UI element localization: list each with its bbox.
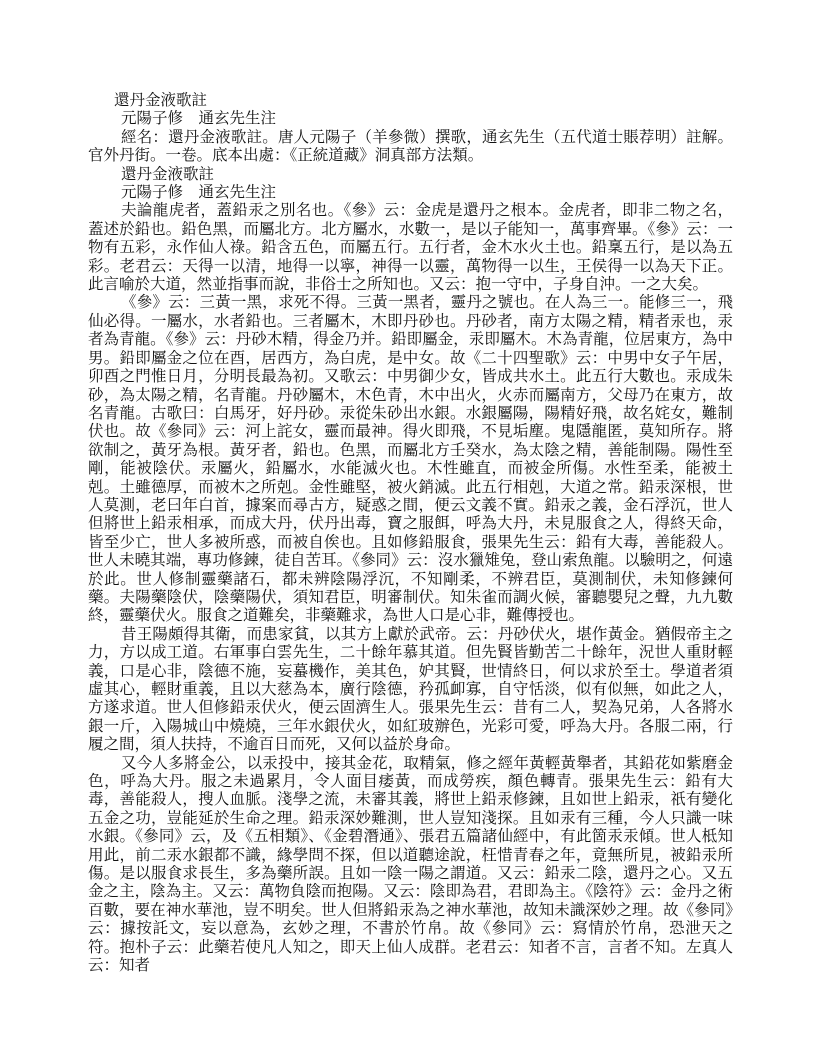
- body-paragraph-2: 《參》云：三黃一黑，求死不得。三黃一黑者，靈丹之號也。在人為三一。能修三一，飛仙…: [88, 294, 733, 625]
- document-page: 還丹金液歌註 元陽子修 通玄先生注 經名：還丹金液歌註。唐人元陽子（羊參微）撰歌…: [0, 0, 816, 1056]
- body-paragraph-1: 夫論龍虎者，蓋鉛汞之別名也。《參》云：金虎是還丹之根本。金虎者，即非二物之名，蓋…: [88, 202, 733, 294]
- body-paragraph-3: 昔王陽頗得其衛，而患家貧，以其方上獻於武帝。云：丹砂伏火，堪作黃金。猶假帝主之力…: [88, 626, 733, 755]
- body-paragraph-4: 又今人多將金公，以汞投中，接其金花，取精氣，修之經年黃輕黃舉者，其鉛花如紫磨金色…: [88, 755, 733, 976]
- document-title: 還丹金液歌註: [88, 92, 733, 110]
- bibliographic-note-paragraph: 經名：還丹金液歌註。唐人元陽子（羊參微）撰歌，通玄先生（五代道士賬荐明）註解。官…: [88, 129, 733, 166]
- document-body: 還丹金液歌註 元陽子修 通玄先生注 經名：還丹金液歌註。唐人元陽子（羊參微）撰歌…: [88, 92, 733, 976]
- inner-title: 還丹金液歌註: [88, 166, 733, 184]
- inner-byline: 元陽子修 通玄先生注: [88, 184, 733, 202]
- document-byline: 元陽子修 通玄先生注: [88, 110, 733, 128]
